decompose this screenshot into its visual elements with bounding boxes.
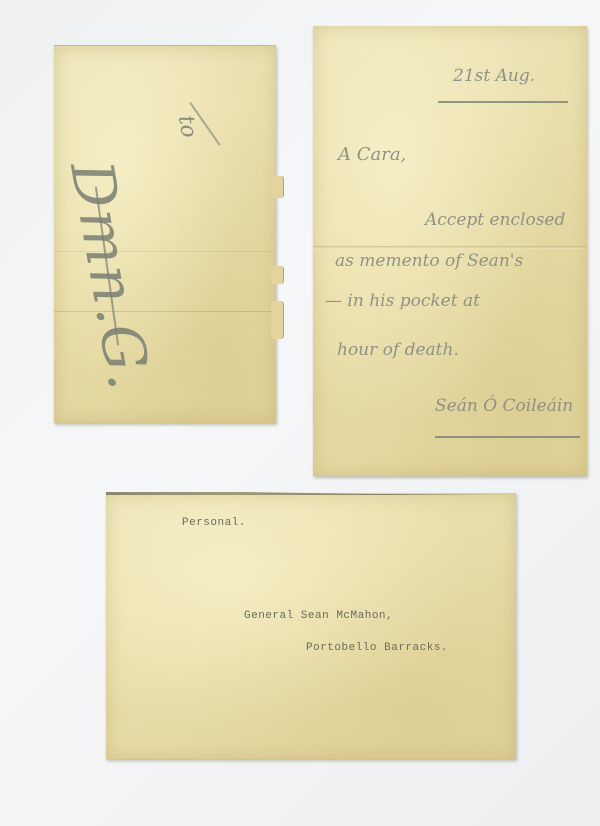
torn-edge xyxy=(271,301,284,339)
note-signature: Seán Ó Coileáin xyxy=(435,396,573,416)
note-line: Accept enclosed xyxy=(425,210,565,230)
note-line: as memento of Sean's xyxy=(335,251,523,271)
date-underline xyxy=(438,101,568,103)
torn-edge xyxy=(271,176,284,198)
envelope-address: Portobello Barracks. xyxy=(306,642,448,654)
note-line: — in his pocket at xyxy=(325,291,480,311)
handwritten-note: 21st Aug. A Cara, Accept enclosed as mem… xyxy=(313,26,587,476)
note-fold-line xyxy=(313,246,587,249)
envelope-to-text: to xyxy=(173,113,201,139)
torn-edge xyxy=(271,266,284,284)
typed-envelope: Personal. General Sean McMahon, Portobel… xyxy=(106,493,516,759)
envelope-marking: Personal. xyxy=(182,517,246,529)
signature-underline xyxy=(435,436,580,438)
note-salutation: A Cara, xyxy=(338,144,406,165)
envelope-addressee: Dmn.G. xyxy=(57,156,164,396)
note-date: 21st Aug. xyxy=(453,66,535,86)
envelope-addressee: General Sean McMahon, xyxy=(244,610,393,622)
note-line: hour of death. xyxy=(337,340,459,360)
small-envelope: to Dmn.G. xyxy=(54,45,276,423)
envelope-torn-top xyxy=(106,492,516,495)
